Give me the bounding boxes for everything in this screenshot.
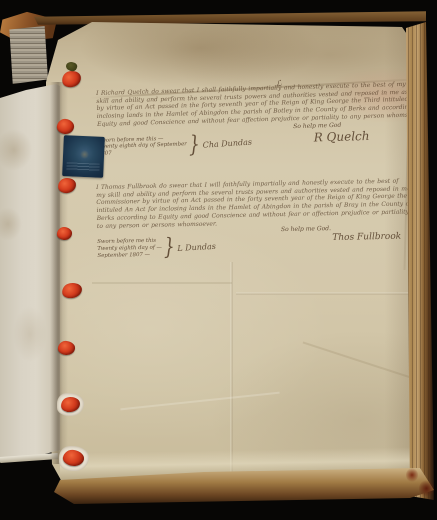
witness-signature: Cha Dundas (202, 138, 252, 150)
leather-stain (406, 468, 418, 482)
jurat-lines: Sworn before me this — Twenty eighth day… (97, 135, 187, 157)
manuscript-photo: ℒ I Richard Quelch do swear that I shall… (0, 0, 437, 520)
oath-signature: R Quelch (313, 128, 369, 144)
oath-signature: Thos Fullbrook (332, 232, 401, 243)
jurat-brace: } (188, 131, 200, 158)
witness-signature: L Dundas (178, 242, 217, 253)
page-stack-edges (6, 26, 48, 84)
stamp-text-lines (66, 162, 99, 171)
crease-line (230, 262, 233, 474)
crease-line (92, 282, 232, 284)
oath-block-2: I Thomas Fullbrook do swear that I will … (96, 177, 416, 259)
jurat-brace: } (164, 234, 175, 261)
leather-stain (419, 480, 434, 497)
crease-line (236, 292, 426, 295)
blue-duty-stamp (62, 135, 105, 178)
stamp-emboss-mark (80, 150, 89, 159)
jurat-lines: Sworn before me this Twenty eighth day o… (97, 238, 162, 259)
oath-block-1: I Richard Quelch do swear that I shall f… (96, 81, 414, 158)
jurat-line: September 1807 — (97, 251, 162, 259)
